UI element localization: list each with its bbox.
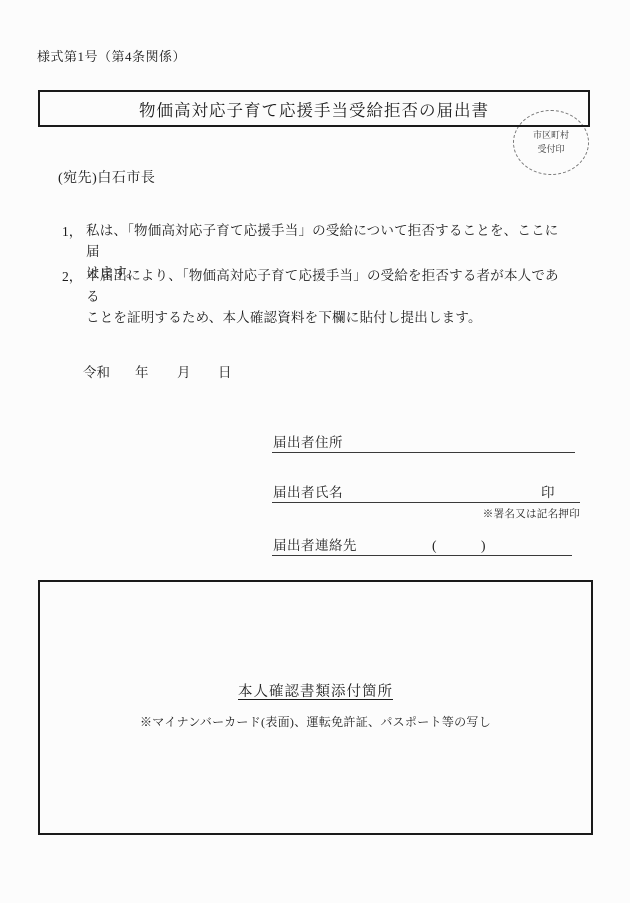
- clause-2: 2， 本届出により、「物価高対応子育て応援手当」の受給を拒否する者が本人である …: [62, 265, 570, 328]
- attachment-box-note: ※マイナンバーカード(表面)、運転免許証、パスポート等の写し: [40, 713, 591, 730]
- applicant-address-label: 届出者住所: [273, 431, 343, 451]
- date-line: 令和 年 月 日: [0, 361, 630, 381]
- year-label: 年: [135, 361, 149, 381]
- form-title: 物価高対応子育て応援手当受給拒否の届出書: [139, 97, 489, 121]
- day-label: 日: [218, 361, 232, 381]
- applicant-name-label: 届出者氏名: [273, 481, 343, 501]
- clause-2-number: 2，: [62, 265, 86, 328]
- applicant-contact-label: 届出者連絡先: [273, 534, 357, 554]
- id-attachment-box: 本人確認書類添付箇所 ※マイナンバーカード(表面)、運転免許証、パスポート等の写…: [38, 580, 593, 835]
- clause-2-line-1: 本届出により、「物価高対応子育て応援手当」の受給を拒否する者が本人である: [86, 265, 570, 307]
- seal-mark: 印: [541, 481, 555, 501]
- era-label: 令和: [83, 361, 110, 381]
- clause-2-text: 本届出により、「物価高対応子育て応援手当」の受給を拒否する者が本人である ことを…: [86, 265, 570, 328]
- applicant-contact-field: 届出者連絡先 ( ): [272, 537, 572, 556]
- contact-parentheses: ( ): [432, 534, 487, 554]
- stamp-line-1: 市区町村: [533, 129, 569, 142]
- month-label: 月: [177, 361, 191, 381]
- clause-2-line-2: ことを証明するため、本人確認資料を下欄に貼付し提出します。: [86, 307, 570, 328]
- form-title-box: 物価高対応子育て応援手当受給拒否の届出書: [38, 90, 590, 127]
- addressee: (宛先)白石市長: [58, 167, 155, 187]
- stamp-line-2: 受付印: [537, 143, 564, 156]
- applicant-address-field: 届出者住所: [272, 434, 575, 453]
- attachment-box-heading: 本人確認書類添付箇所: [40, 680, 591, 701]
- applicant-name-field: 届出者氏名 印: [272, 484, 580, 503]
- form-number: 様式第1号（第4条関係）: [37, 46, 186, 65]
- seal-note: ※署名又は記名押印: [272, 506, 580, 521]
- form-document-page: 様式第1号（第4条関係） 物価高対応子育て応援手当受給拒否の届出書 市区町村 受…: [0, 0, 630, 903]
- clause-1-line-1: 私は、「物価高対応子育て応援手当」の受給について拒否することを、ここに届: [86, 220, 570, 262]
